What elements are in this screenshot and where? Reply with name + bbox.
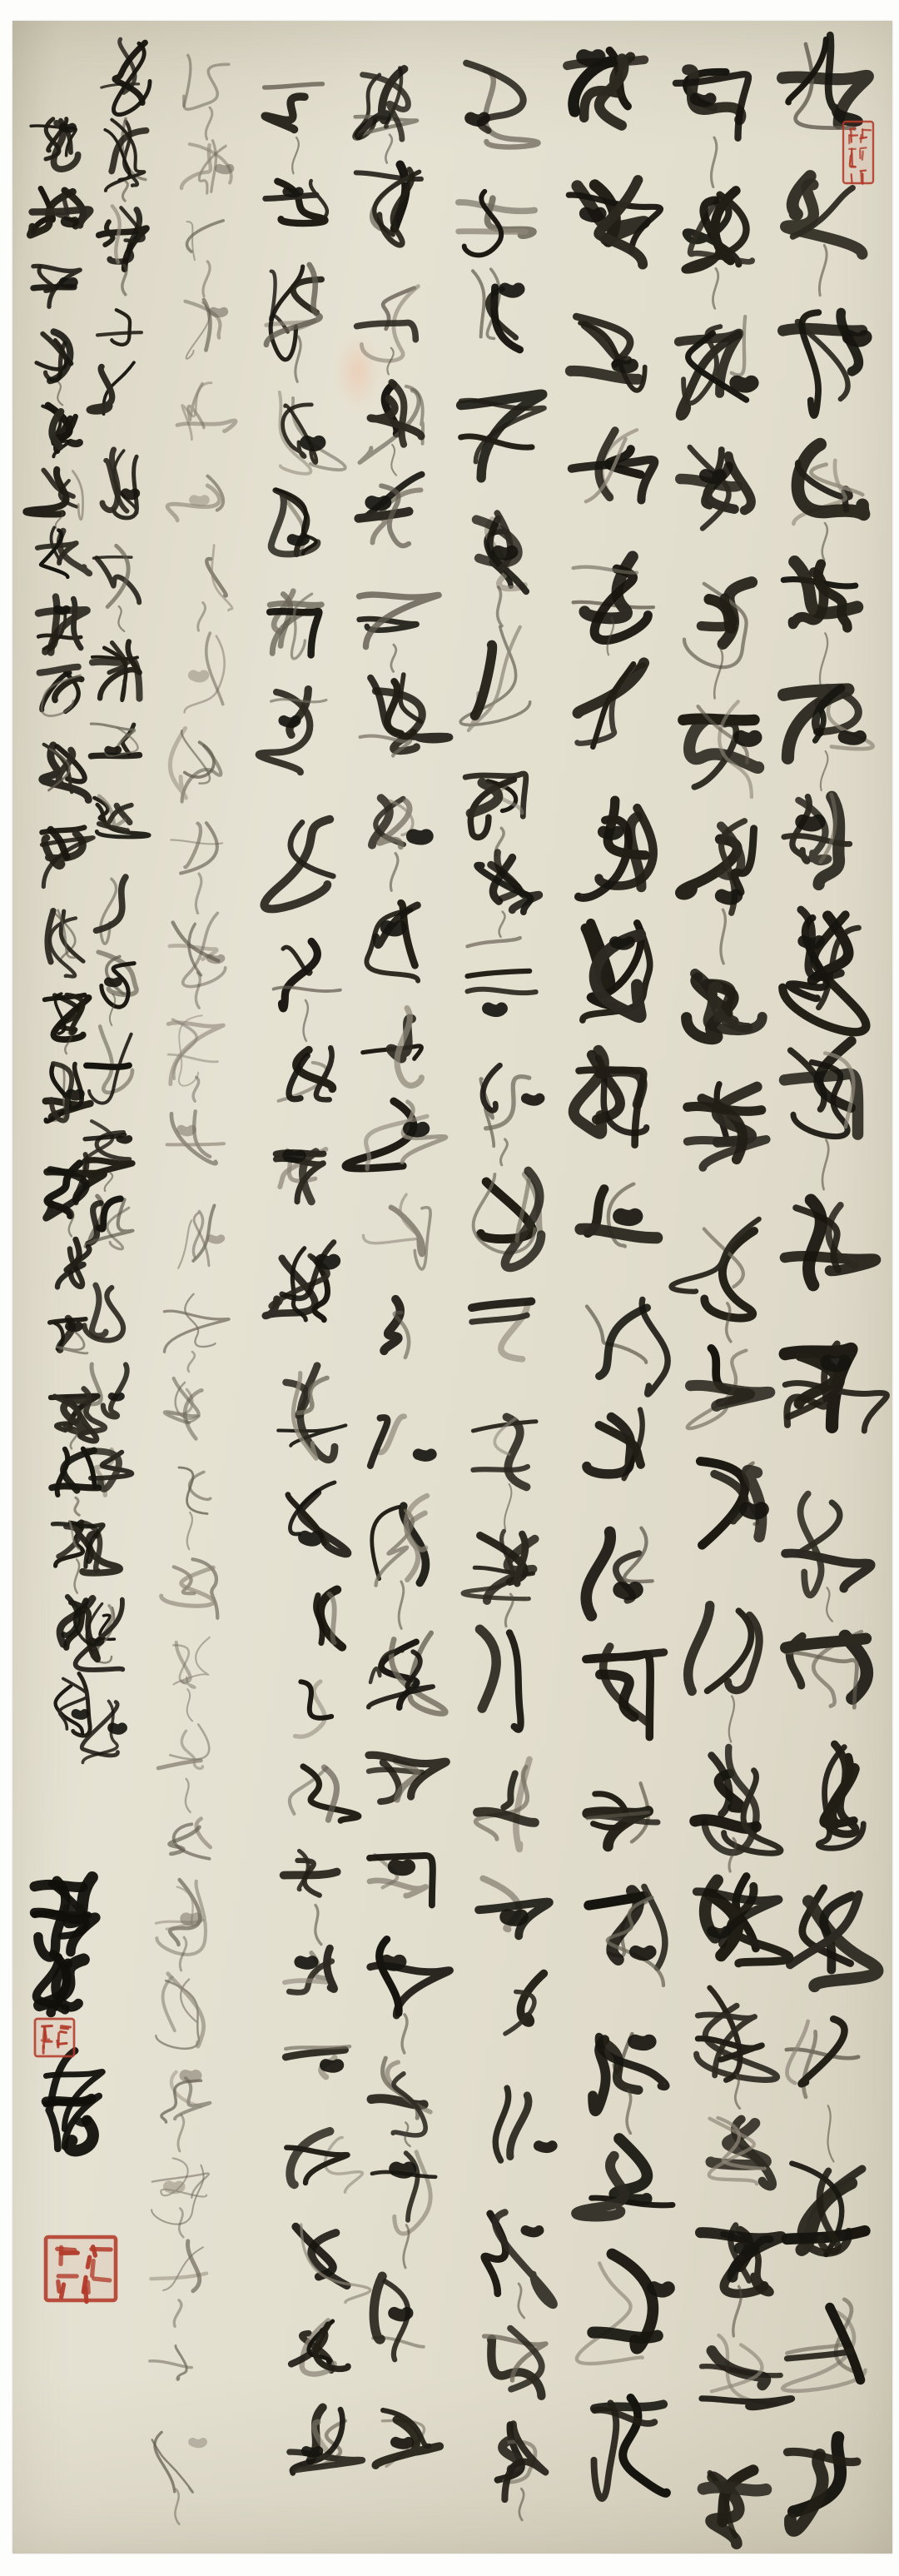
column-9 [26, 119, 105, 1736]
calligraphy-artwork [0, 0, 899, 2576]
column-1 [782, 35, 887, 2530]
strokes-layer [26, 35, 887, 2544]
column-5 [345, 68, 449, 2467]
column-6 [259, 84, 370, 2474]
column-4 [459, 63, 554, 2520]
column-8 [76, 39, 150, 1762]
signature-block [35, 1877, 103, 2150]
column-7 [150, 55, 236, 2524]
seal-top-right [843, 122, 873, 184]
scroll-photo: { "artwork": { "medium": "ink on paper h… [0, 0, 899, 2576]
seal-bottom-large [46, 2237, 116, 2302]
column-3 [567, 51, 673, 2499]
seal-signature-small [35, 2019, 74, 2056]
column-2 [671, 69, 792, 2544]
